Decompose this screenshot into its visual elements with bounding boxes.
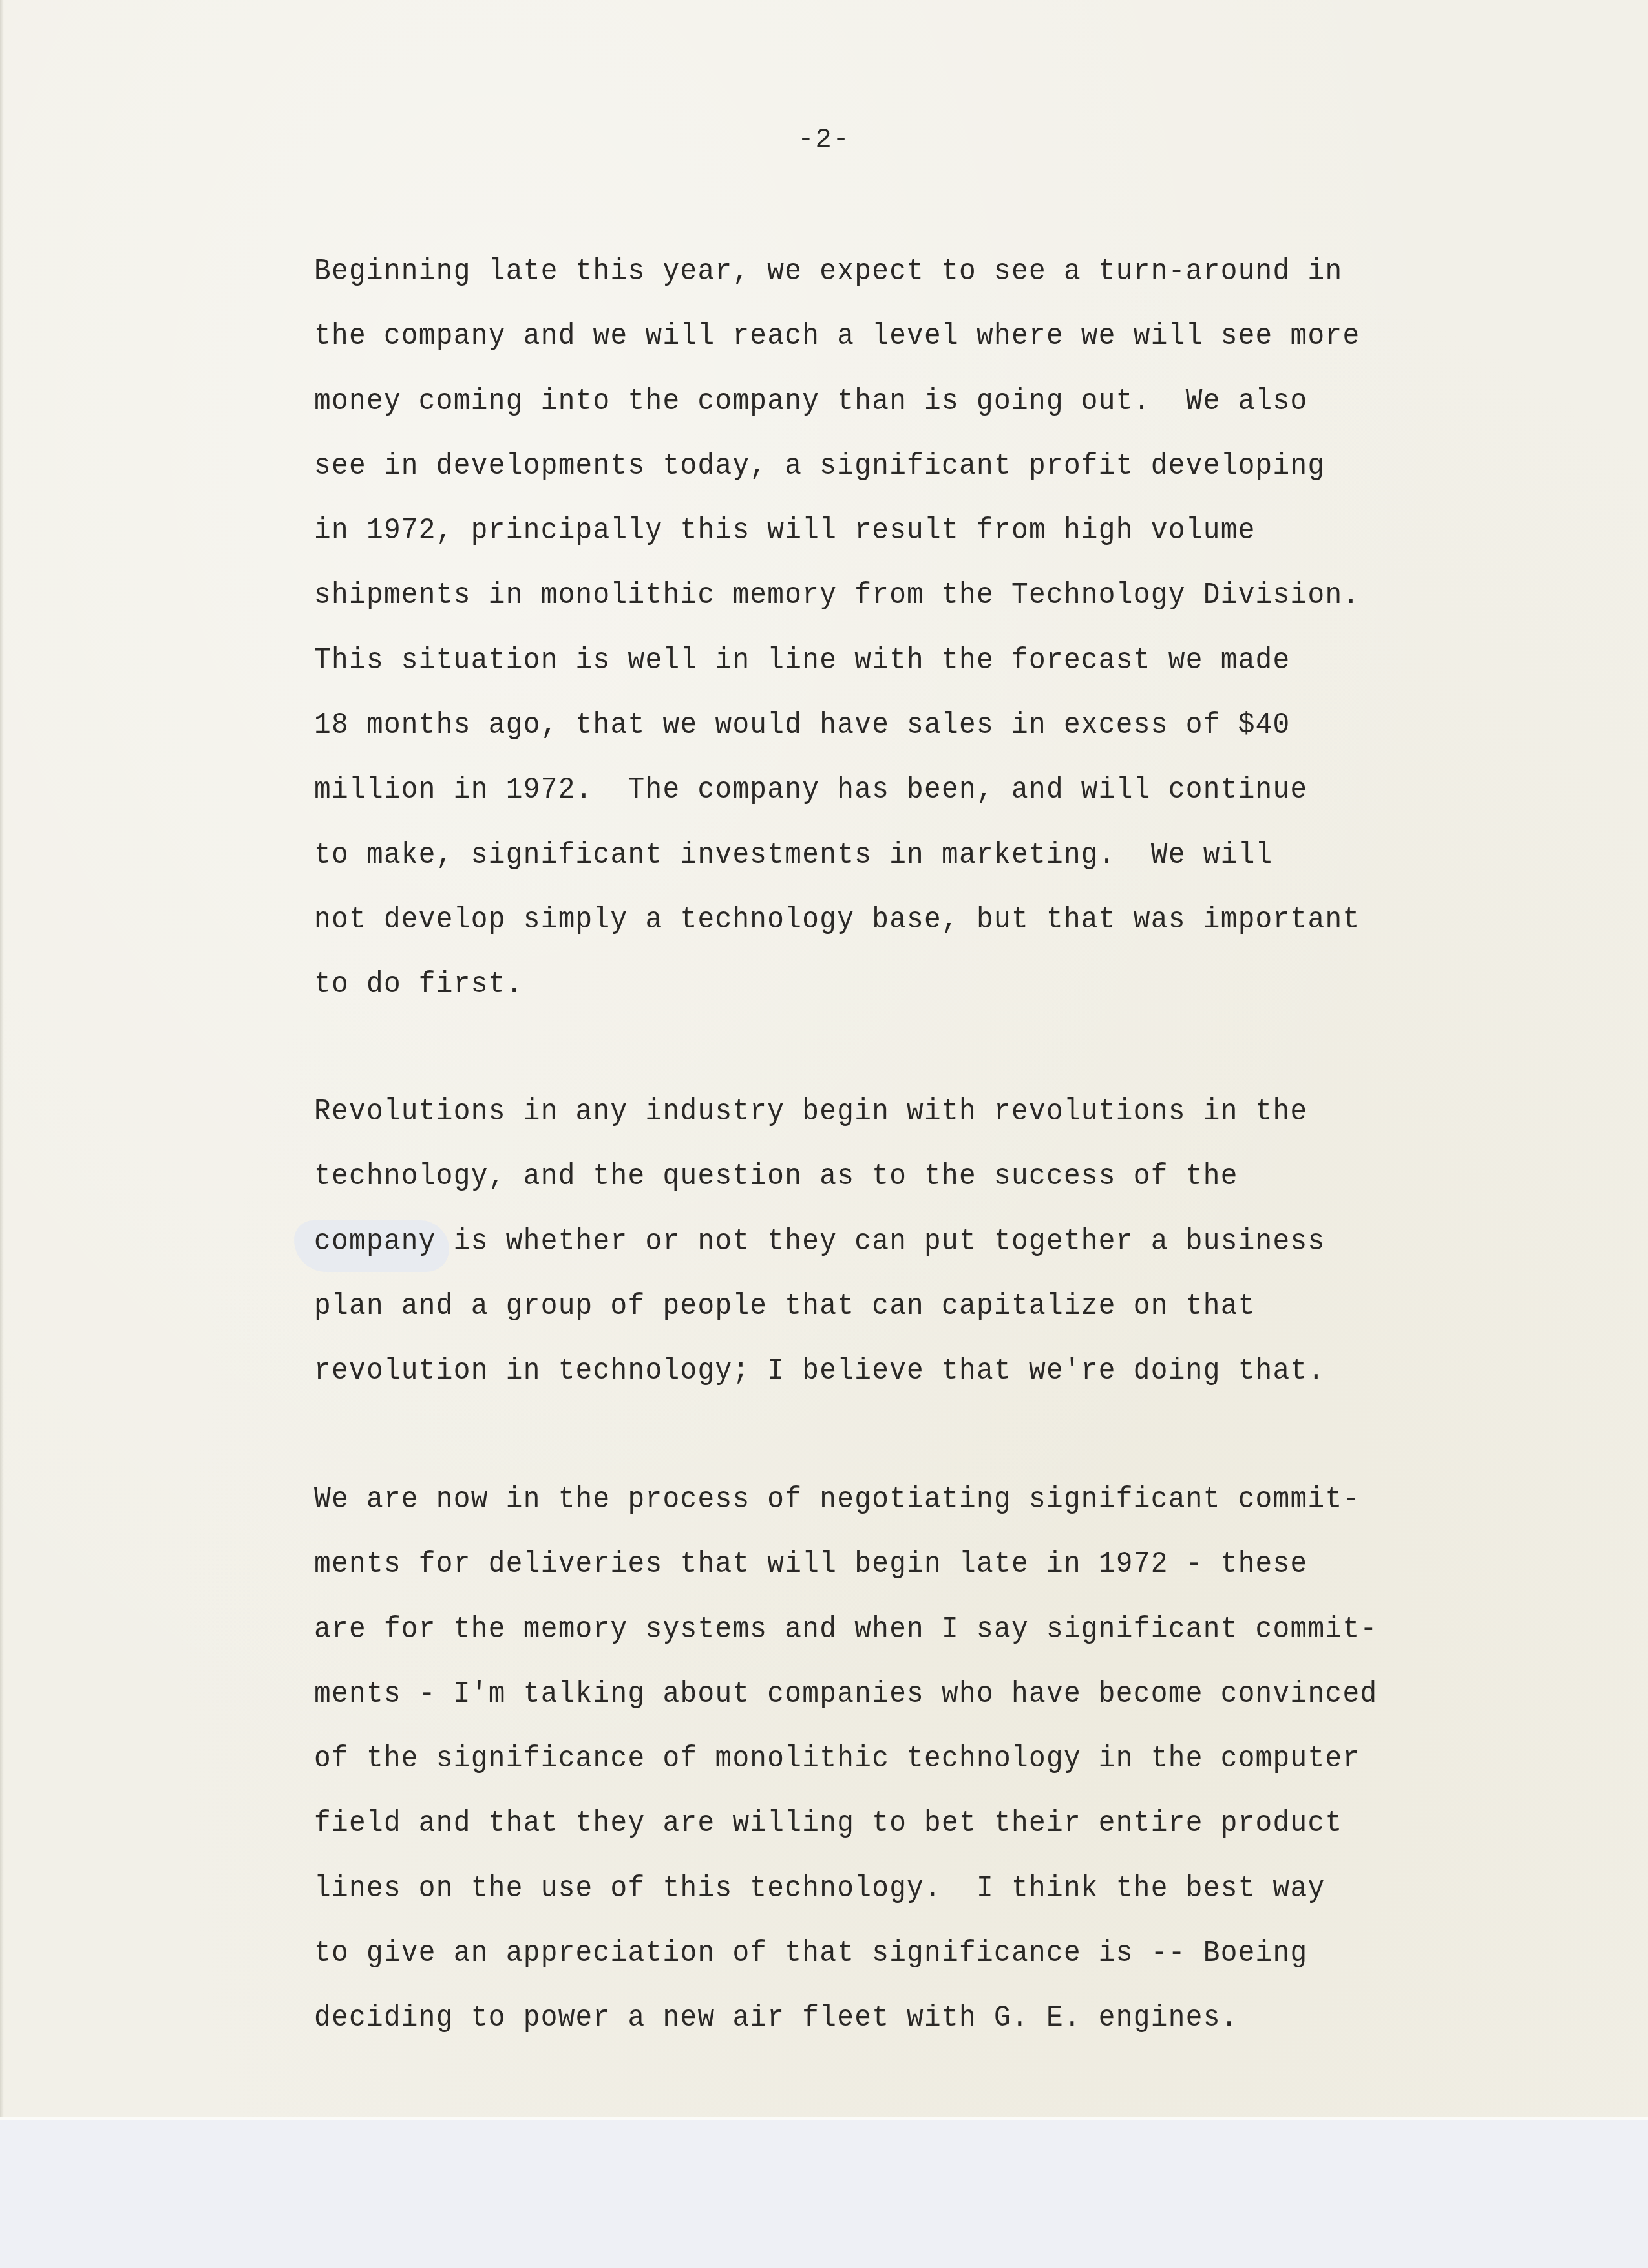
text-line: the company and we will reach a level wh… <box>314 317 1360 381</box>
paragraph-1: Beginning late this year, we expect to s… <box>314 252 1439 1030</box>
text-line: Revolutions in any industry begin with r… <box>314 1092 1326 1157</box>
paragraph-2: Revolutions in any industry begin with r… <box>314 1092 1401 1416</box>
text-line: to make, significant investments in mark… <box>314 836 1360 900</box>
text-line: lines on the use of this technology. I t… <box>314 1869 1377 1934</box>
text-line: million in 1972. The company has been, a… <box>314 770 1360 835</box>
text-line: company is whether or not they can put t… <box>314 1222 1326 1287</box>
text-line: are for the memory systems and when I sa… <box>314 1610 1377 1675</box>
text-line: deciding to power a new air fleet with G… <box>314 1998 1377 2063</box>
text-line: ments for deliveries that will begin lat… <box>314 1545 1377 1609</box>
text-line: see in developments today, a significant… <box>314 447 1360 511</box>
paper-edge <box>0 0 4 2117</box>
text-line: shipments in monolithic memory from the … <box>314 576 1360 641</box>
text-line: plan and a group of people that can capi… <box>314 1287 1326 1351</box>
text-line: to give an appreciation of that signific… <box>314 1934 1377 1998</box>
text-line: field and that they are willing to bet t… <box>314 1804 1377 1869</box>
text-line: This situation is well in line with the … <box>314 641 1360 706</box>
text-line: We are now in the process of negotiating… <box>314 1480 1377 1545</box>
text-line: 18 months ago, that we would have sales … <box>314 706 1360 770</box>
paragraph-3: We are now in the process of negotiating… <box>314 1480 1457 2064</box>
page-number: -2- <box>0 124 1648 155</box>
text-line: technology, and the question as to the s… <box>314 1157 1326 1222</box>
text-line: of the significance of monolithic techno… <box>314 1739 1377 1804</box>
text-line: to do first. <box>314 965 1360 1030</box>
text-line: in 1972, principally this will result fr… <box>314 511 1360 576</box>
text-line: not develop simply a technology base, bu… <box>314 900 1360 965</box>
scanner-background <box>0 2120 1648 2268</box>
text-line: Beginning late this year, we expect to s… <box>314 252 1360 317</box>
text-line: ments - I'm talking about companies who … <box>314 1675 1377 1739</box>
text-line: money coming into the company than is go… <box>314 382 1360 447</box>
typed-page: -2- Beginning late this year, we expect … <box>0 0 1648 2120</box>
text-line: revolution in technology; I believe that… <box>314 1351 1326 1416</box>
